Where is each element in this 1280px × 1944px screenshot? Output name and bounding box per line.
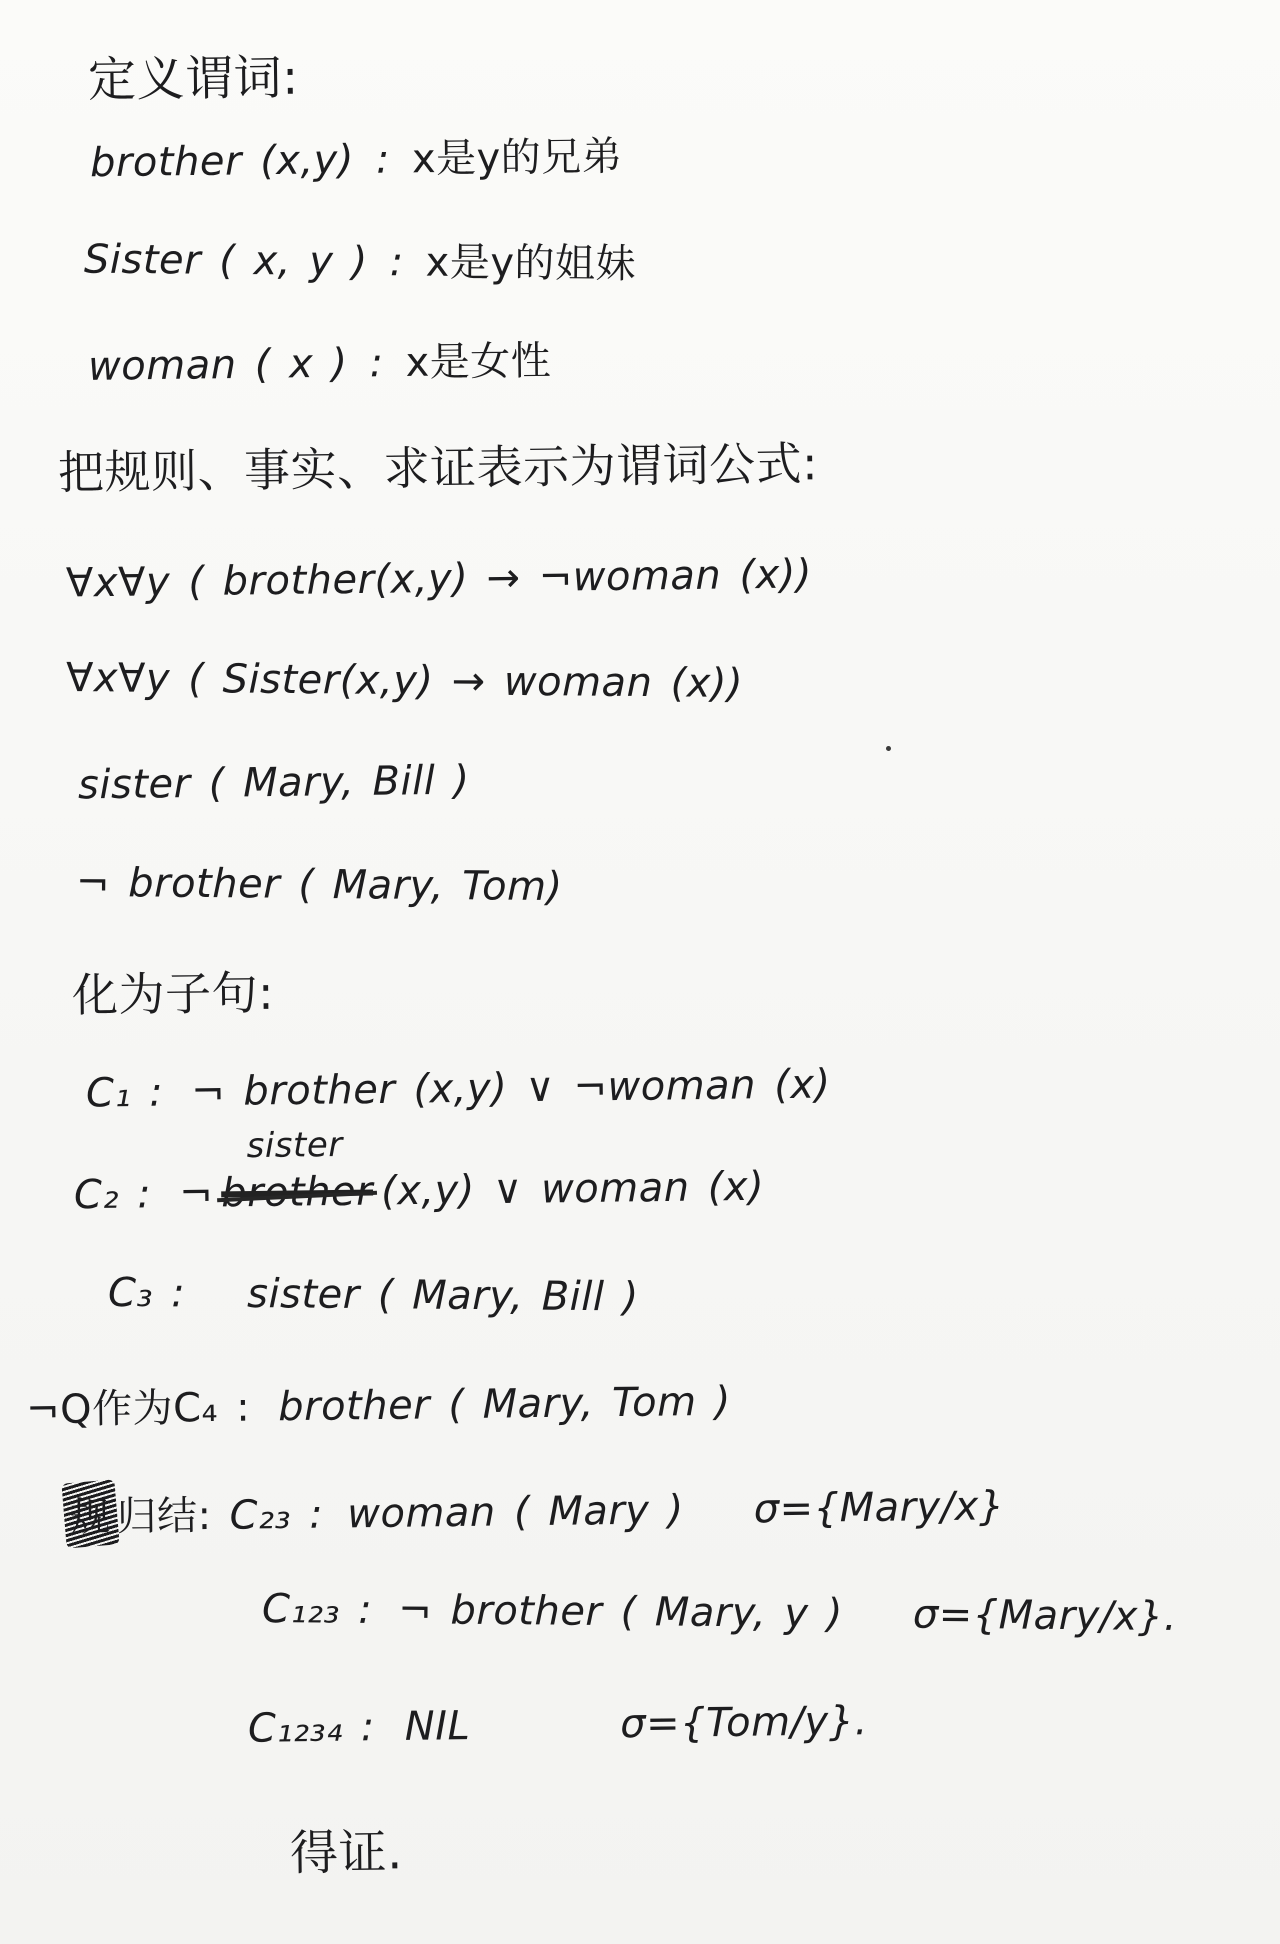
predicate-def-sister-meaning: x是y的姐妹: [425, 231, 636, 290]
resolution-c123-clause: C₁₂₃ :: [262, 1586, 373, 1633]
negated-goal-clause-c4: ¬Q作为C₄ : brother ( Mary, Tom ): [26, 1370, 731, 1436]
formula-rule-sister-woman: ∀x∀y ( Sister(x,y) → woman (x)): [66, 655, 744, 707]
handwritten-note-page: 定义谓词: brother (x,y) : x是y的兄弟 Sister ( x,…: [0, 0, 1280, 1944]
predicate-def-brother: brother (x,y) : x是y的兄弟: [90, 125, 623, 188]
clause-c3-label: C₃ :: [108, 1270, 186, 1317]
resolution-crossed-word: 规: [70, 1485, 111, 1542]
negated-goal-label: ¬Q作为C₄ :: [26, 1376, 251, 1436]
predicate-def-woman: woman ( x ) : x是女性: [88, 329, 552, 392]
predicate-def-sister: Sister ( x, y ) : x是y的姐妹: [84, 228, 637, 290]
predicate-def-brother-formula: brother (x,y): [90, 137, 354, 186]
formula-fact-sister-mary-bill: sister ( Mary, Bill ): [78, 758, 470, 809]
resolution-c123-body: ¬ brother ( Mary, y ): [398, 1587, 843, 1637]
resolution-c123-substitution: σ={Mary/x}.: [913, 1592, 1178, 1640]
negated-goal-body: brother ( Mary, Tom ): [278, 1379, 731, 1431]
formula-goal-not-brother-mary-tom: ¬ brother ( Mary, Tom): [76, 860, 563, 910]
clause-c1-label: C₁ :: [86, 1070, 164, 1117]
negation-symbol: ¬: [179, 1171, 214, 1217]
resolution-c1234-clause: C₁₂₃₄ :: [248, 1704, 375, 1752]
clause-c3: C₃ : sister ( Mary, Bill ): [74, 1270, 639, 1321]
clause-c2-struck-word: brother: [221, 1169, 373, 1217]
resolution-c23-body: woman ( Mary ): [347, 1487, 684, 1537]
qed-statement: 得证.: [290, 1813, 404, 1883]
heading-express-as-formulas: 把规则、事实、求证表示为谓词公式:: [58, 427, 819, 502]
predicate-def-woman-meaning: x是女性: [405, 329, 551, 388]
definition-colon: :: [389, 239, 403, 285]
heading-define-predicates: 定义谓词:: [88, 39, 300, 111]
clause-c1-body: ¬ brother (x,y) ∨ ¬woman (x): [191, 1061, 831, 1115]
resolution-c1234-body: NIL: [404, 1703, 470, 1750]
formula-rule-brother-not-woman: ∀x∀y ( brother(x,y) → ¬woman (x)): [66, 551, 812, 606]
predicate-def-brother-meaning: x是y的兄弟: [412, 125, 623, 185]
clause-c2-correction-group: sister brother: [221, 1169, 373, 1217]
heading-convert-to-clauses: 化为子句:: [72, 957, 275, 1025]
clause-c2: C₂ : ¬ sister brother (x,y) ∨ woman (x): [74, 1164, 765, 1218]
clause-c2-label: C₂ :: [74, 1171, 152, 1218]
definition-colon: :: [369, 340, 384, 386]
clause-c1: C₁ : ¬ brother (x,y) ∨ ¬woman (x): [86, 1061, 831, 1116]
resolution-label: 归结:: [116, 1484, 212, 1542]
predicate-def-sister-formula: Sister ( x, y ): [84, 237, 368, 285]
resolution-step-c123: C₁₂₃ : ¬ brother ( Mary, y ) σ={Mary/x}.: [262, 1586, 1178, 1640]
stray-ink-dot: [886, 746, 891, 751]
definition-colon: :: [376, 137, 391, 183]
resolution-c23-substitution: σ={Mary/x}: [753, 1483, 1005, 1532]
resolution-c23-clause: C₂₃ :: [229, 1492, 323, 1539]
resolution-step-c1234: C₁₂₃₄ : NIL σ={Tom/y}.: [248, 1698, 868, 1752]
resolution-c1234-substitution: σ={Tom/y}.: [620, 1698, 868, 1747]
predicate-def-woman-formula: woman ( x ): [88, 341, 348, 390]
clause-c2-correction-word: sister: [246, 1125, 343, 1166]
clause-c3-body: sister ( Mary, Bill ): [247, 1271, 639, 1320]
clause-c2-rest: (x,y) ∨ woman (x): [381, 1164, 765, 1215]
resolution-step-c23: 规 归结: C₂₃ : woman ( Mary ) σ={Mary/x}: [70, 1474, 1005, 1542]
